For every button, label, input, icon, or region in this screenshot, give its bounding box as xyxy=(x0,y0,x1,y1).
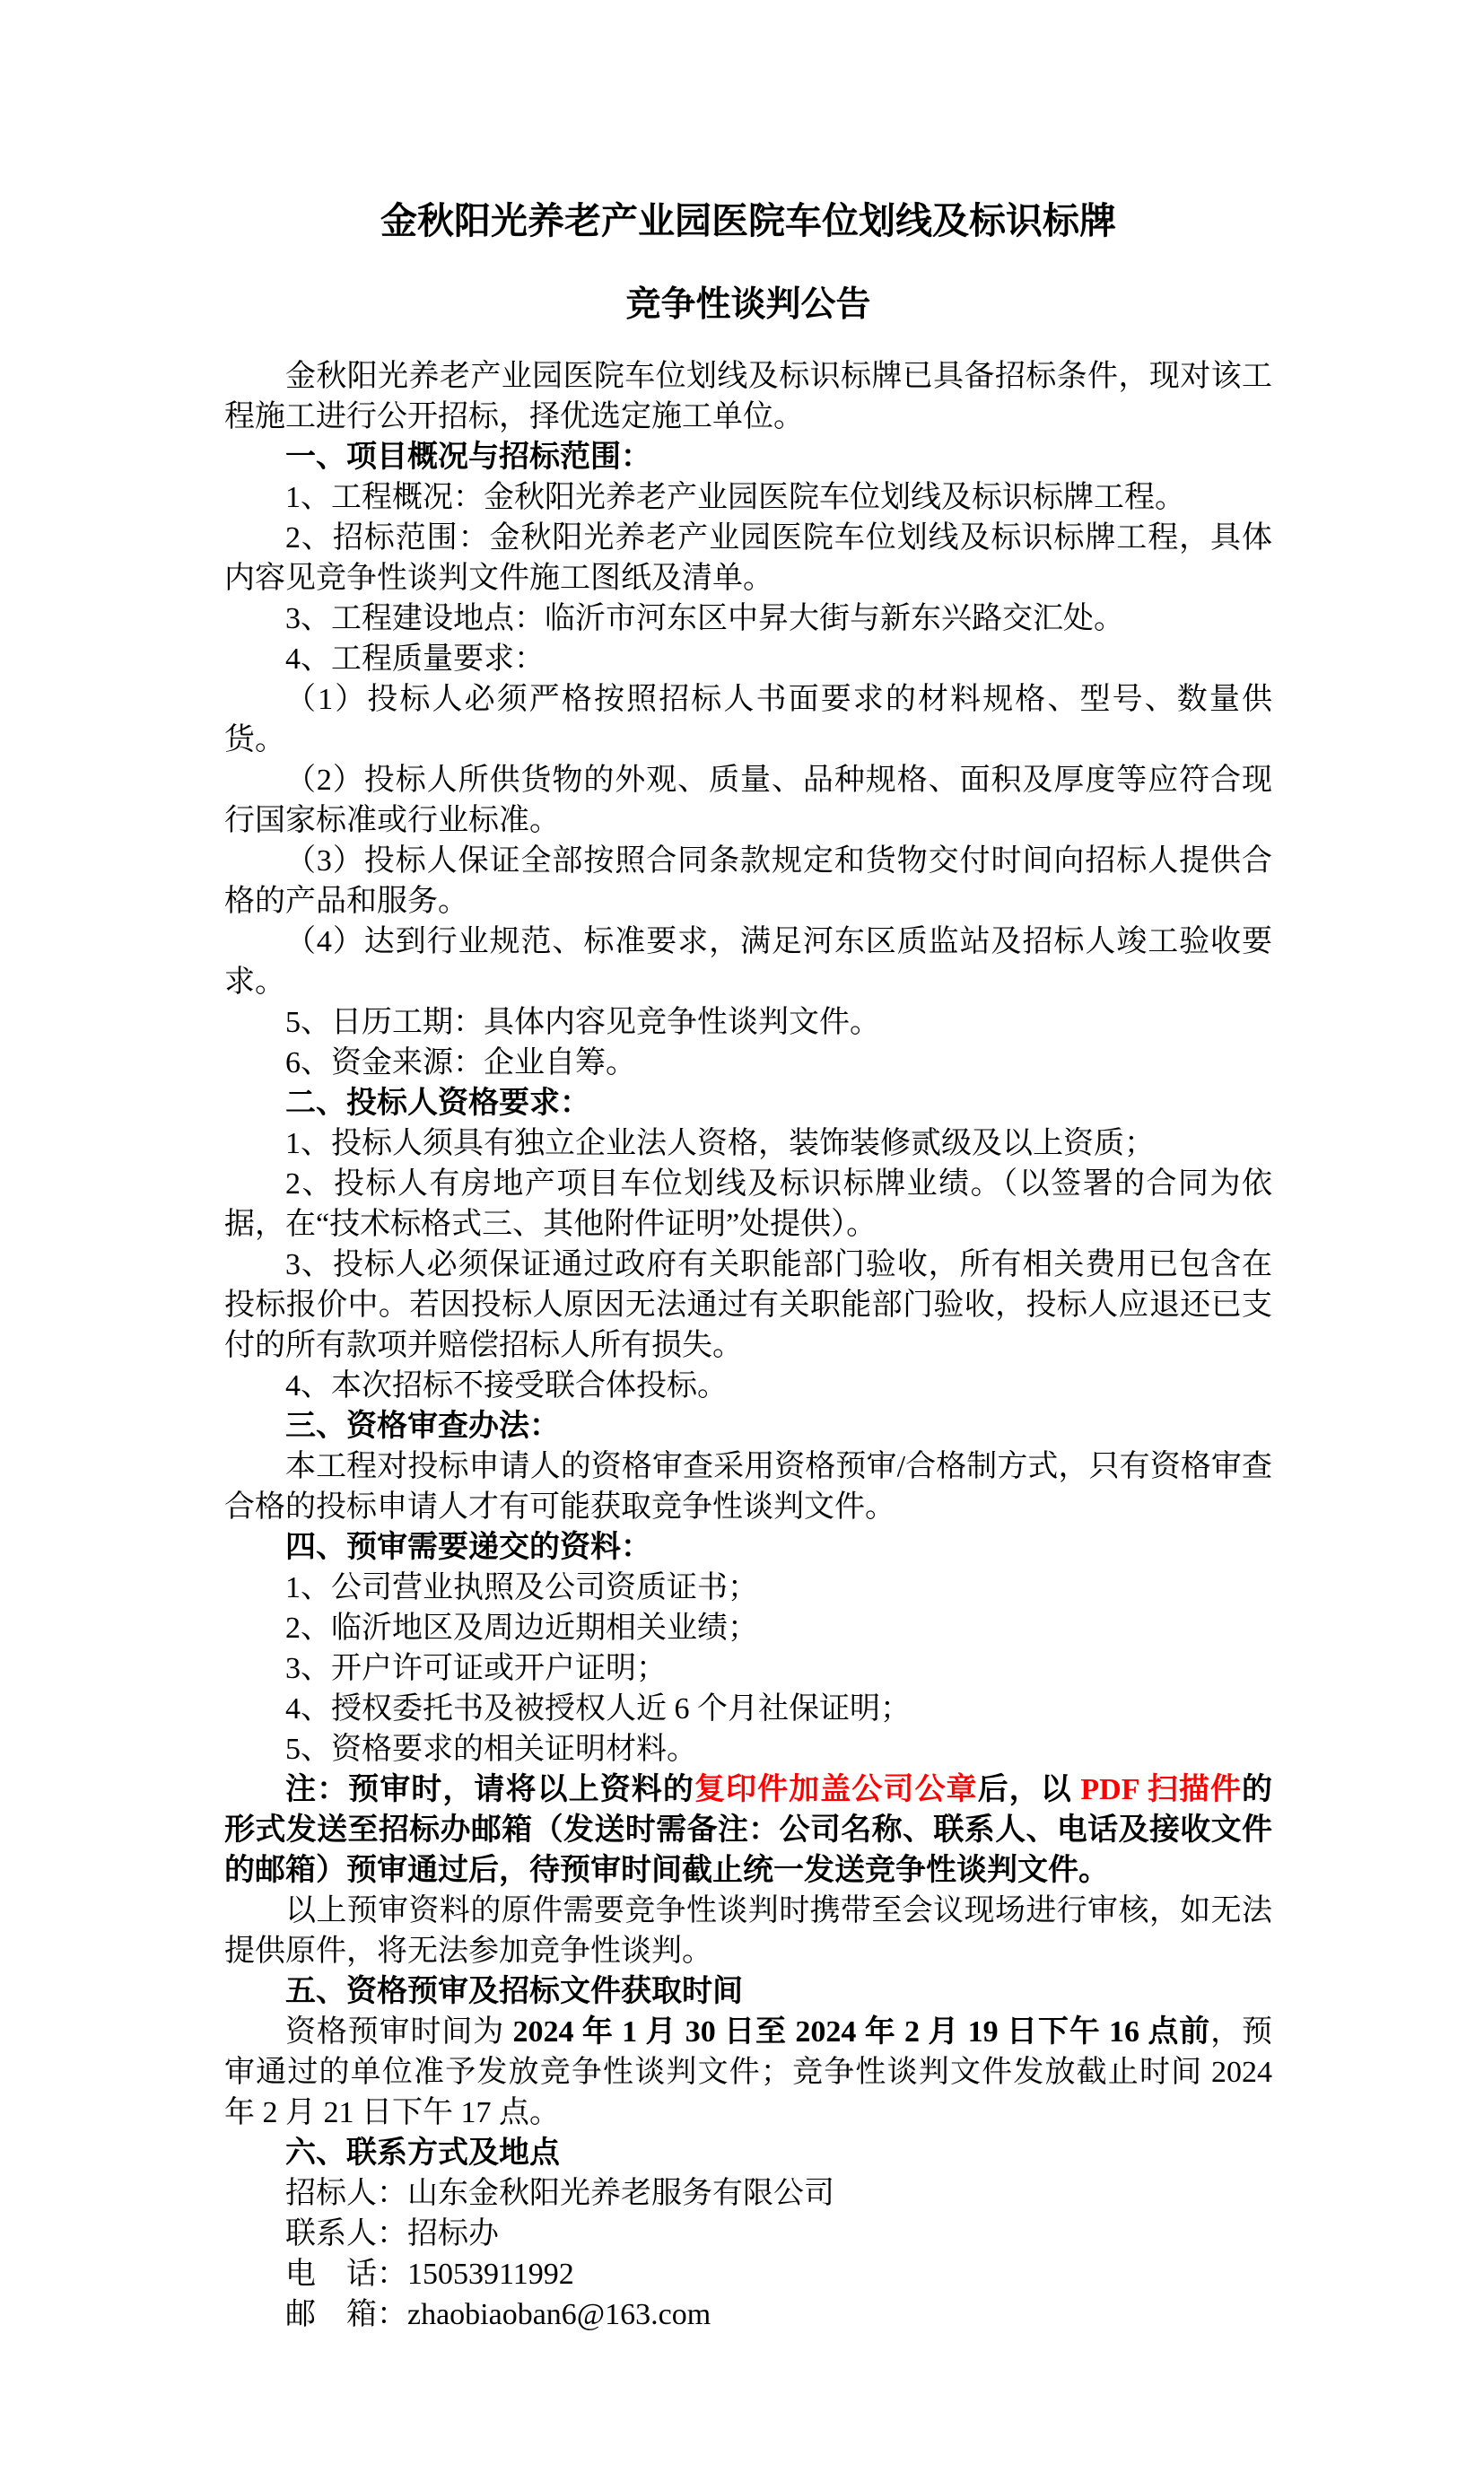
section-2-item-1: 1、投标人须具有独立企业法人资格，装饰装修贰级及以上资质； xyxy=(224,1123,1272,1164)
text-run: 资格预审时间为 xyxy=(285,2015,513,2049)
text-run: 后，以 xyxy=(978,1773,1081,1806)
text-run: 四、预审需要递交的资料： xyxy=(285,1531,651,1564)
text-run: 5、资格要求的相关证明材料。 xyxy=(285,1733,697,1766)
section-4-item-3: 3、开户许可证或开户证明； xyxy=(224,1648,1272,1689)
text-run: 4、本次招标不接受联合体投标。 xyxy=(285,1369,728,1403)
section-2-heading: 二、投标人资格要求： xyxy=(224,1083,1272,1123)
section-4-original-note: 以上预审资料的原件需要竞争性谈判时携带至会议现场进行审核，如无法提供原件，将无法… xyxy=(224,1891,1272,1971)
section-1-item-2: 2、招标范围：金秋阳光养老产业园医院车位划线及标识标牌工程，具体内容见竞争性谈判… xyxy=(224,518,1272,599)
text-run: 2、临沂地区及周边近期相关业绩； xyxy=(285,1612,758,1645)
text-run: 注：预审时，请将以上资料的 xyxy=(285,1773,694,1806)
section-4-item-4: 4、授权委托书及被授权人近 6 个月社保证明； xyxy=(224,1689,1272,1729)
section-1-item-5: 5、日历工期：具体内容见竞争性谈判文件。 xyxy=(224,1002,1272,1043)
text-run: 三、资格审查办法： xyxy=(285,1410,560,1443)
section-1-item-6: 6、资金来源：企业自筹。 xyxy=(224,1043,1272,1083)
section-1-item-4: 4、工程质量要求： xyxy=(224,639,1272,679)
text-run: 3、工程建设地点：临沂市河东区中昇大街与新东兴路交汇处。 xyxy=(285,602,1124,635)
contact-phone-line: 电 话：15053911992 xyxy=(224,2254,1272,2294)
document-subtitle: 竞争性谈判公告 xyxy=(224,287,1272,324)
text-run: 6、资金来源：企业自筹。 xyxy=(285,1046,636,1079)
text-run: PDF 扫描件 xyxy=(1080,1773,1242,1806)
text-run: 2、投标人有房地产项目车位划线及标识标牌业绩。（以签署的合同为依据，在“技术标格… xyxy=(224,1167,1272,1241)
text-run: （2）投标人所供货物的外观、质量、品种规格、面积及厚度等应符合现行国家标准或行业… xyxy=(224,764,1272,837)
text-run: 本工程对投标申请人的资格审查采用资格预审/合格制方式，只有资格审查合格的投标申请… xyxy=(224,1450,1272,1524)
text-run: 金秋阳光养老产业园医院车位划线及标识标牌已具备招标条件，现对该工程施工进行公开招… xyxy=(224,360,1272,433)
text-run: （1）投标人必须严格按照招标人书面要求的材料规格、型号、数量供货。 xyxy=(224,683,1272,756)
section-2-item-3: 3、投标人必须保证通过政府有关职能部门验收，所有相关费用已包含在投标报价中。若因… xyxy=(224,1245,1272,1366)
document-body: 金秋阳光养老产业园医院车位划线及标识标牌已具备招标条件，现对该工程施工进行公开招… xyxy=(224,356,1272,2335)
text-run: 二、投标人资格要求： xyxy=(285,1087,590,1120)
text-run: 3、开户许可证或开户证明； xyxy=(285,1652,667,1685)
section-4-item-5: 5、资格要求的相关证明材料。 xyxy=(224,1729,1272,1770)
document-page: 金秋阳光养老产业园医院车位划线及标识标牌 竞争性谈判公告 金秋阳光养老产业园医院… xyxy=(0,0,1484,2473)
text-run: 招标人：山东金秋阳光养老服务有限公司 xyxy=(285,2177,834,2210)
text-run: 1、投标人须具有独立企业法人资格，装饰装修贰级及以上资质； xyxy=(285,1127,1155,1160)
text-run: 六、联系方式及地点 xyxy=(285,2137,560,2170)
text-run: 邮 箱：zhaobiaoban6@163.com xyxy=(285,2298,711,2331)
section-3-heading: 三、资格审查办法： xyxy=(224,1406,1272,1446)
contact-bidder-line: 招标人：山东金秋阳光养老服务有限公司 xyxy=(224,2173,1272,2214)
text-run: 2、招标范围：金秋阳光养老产业园医院车位划线及标识标牌工程，具体内容见竞争性谈判… xyxy=(224,521,1272,595)
section-2-item-4: 4、本次招标不接受联合体投标。 xyxy=(224,1366,1272,1406)
text-run: 3、投标人必须保证通过政府有关职能部门验收，所有相关费用已包含在投标报价中。若因… xyxy=(224,1248,1272,1362)
section-4-item-2: 2、临沂地区及周边近期相关业绩； xyxy=(224,1608,1272,1648)
section-1-item-1: 1、工程概况：金秋阳光养老产业园医院车位划线及标识标牌工程。 xyxy=(224,477,1272,518)
document-title: 金秋阳光养老产业园医院车位划线及标识标牌 xyxy=(224,202,1272,240)
text-run: 5、日历工期：具体内容见竞争性谈判文件。 xyxy=(285,1006,880,1039)
text-run: 电 话：15053911992 xyxy=(285,2258,574,2291)
text-run: 一、项目概况与招标范围： xyxy=(285,441,651,474)
section-6-heading: 六、联系方式及地点 xyxy=(224,2133,1272,2173)
text-run: 复印件加盖公司公章 xyxy=(694,1773,978,1806)
section-1-item-3: 3、工程建设地点：临沂市河东区中昇大街与新东兴路交汇处。 xyxy=(224,599,1272,639)
section-4-heading: 四、预审需要递交的资料： xyxy=(224,1527,1272,1568)
text-run: 以上预审资料的原件需要竞争性谈判时携带至会议现场进行审核，如无法提供原件，将无法… xyxy=(224,1894,1272,1968)
text-run: 4、工程质量要求： xyxy=(285,642,545,676)
text-run: （4）达到行业规范、标准要求，满足河东区质监站及招标人竣工验收要求。 xyxy=(224,925,1272,999)
section-1-heading: 一、项目概况与招标范围： xyxy=(224,437,1272,477)
text-run: 2024 年 1 月 30 日至 2024 年 2 月 19 日下午 16 点前 xyxy=(513,2015,1211,2049)
section-4-note: 注：预审时，请将以上资料的复印件加盖公司公章后，以 PDF 扫描件的形式发送至招… xyxy=(224,1770,1272,1891)
section-1-item-4-sub-2: （2）投标人所供货物的外观、质量、品种规格、面积及厚度等应符合现行国家标准或行业… xyxy=(224,760,1272,841)
intro-paragraph: 金秋阳光养老产业园医院车位划线及标识标牌已具备招标条件，现对该工程施工进行公开招… xyxy=(224,356,1272,437)
text-run: 1、公司营业执照及公司资质证书； xyxy=(285,1571,758,1604)
section-5-heading: 五、资格预审及招标文件获取时间 xyxy=(224,1971,1272,2012)
contact-person-line: 联系人：招标办 xyxy=(224,2214,1272,2254)
section-1-item-4-sub-3: （3）投标人保证全部按照合同条款规定和货物交付时间向招标人提供合格的产品和服务。 xyxy=(224,841,1272,922)
section-5-paragraph: 资格预审时间为 2024 年 1 月 30 日至 2024 年 2 月 19 日… xyxy=(224,2012,1272,2133)
section-1-item-4-sub-4: （4）达到行业规范、标准要求，满足河东区质监站及招标人竣工验收要求。 xyxy=(224,922,1272,1002)
text-run: （3）投标人保证全部按照合同条款规定和货物交付时间向招标人提供合格的产品和服务。 xyxy=(224,844,1272,918)
text-run: 1、工程概况：金秋阳光养老产业园医院车位划线及标识标牌工程。 xyxy=(285,481,1185,514)
section-4-item-1: 1、公司营业执照及公司资质证书； xyxy=(224,1568,1272,1608)
text-run: 4、授权委托书及被授权人近 6 个月社保证明； xyxy=(285,1692,911,1726)
section-2-item-2: 2、投标人有房地产项目车位划线及标识标牌业绩。（以签署的合同为依据，在“技术标格… xyxy=(224,1164,1272,1245)
text-run: 联系人：招标办 xyxy=(285,2217,499,2250)
contact-email-line: 邮 箱：zhaobiaoban6@163.com xyxy=(224,2294,1272,2335)
section-1-item-4-sub-1: （1）投标人必须严格按照招标人书面要求的材料规格、型号、数量供货。 xyxy=(224,679,1272,760)
section-3-paragraph: 本工程对投标申请人的资格审查采用资格预审/合格制方式，只有资格审查合格的投标申请… xyxy=(224,1446,1272,1527)
text-run: 五、资格预审及招标文件获取时间 xyxy=(285,1975,743,2008)
